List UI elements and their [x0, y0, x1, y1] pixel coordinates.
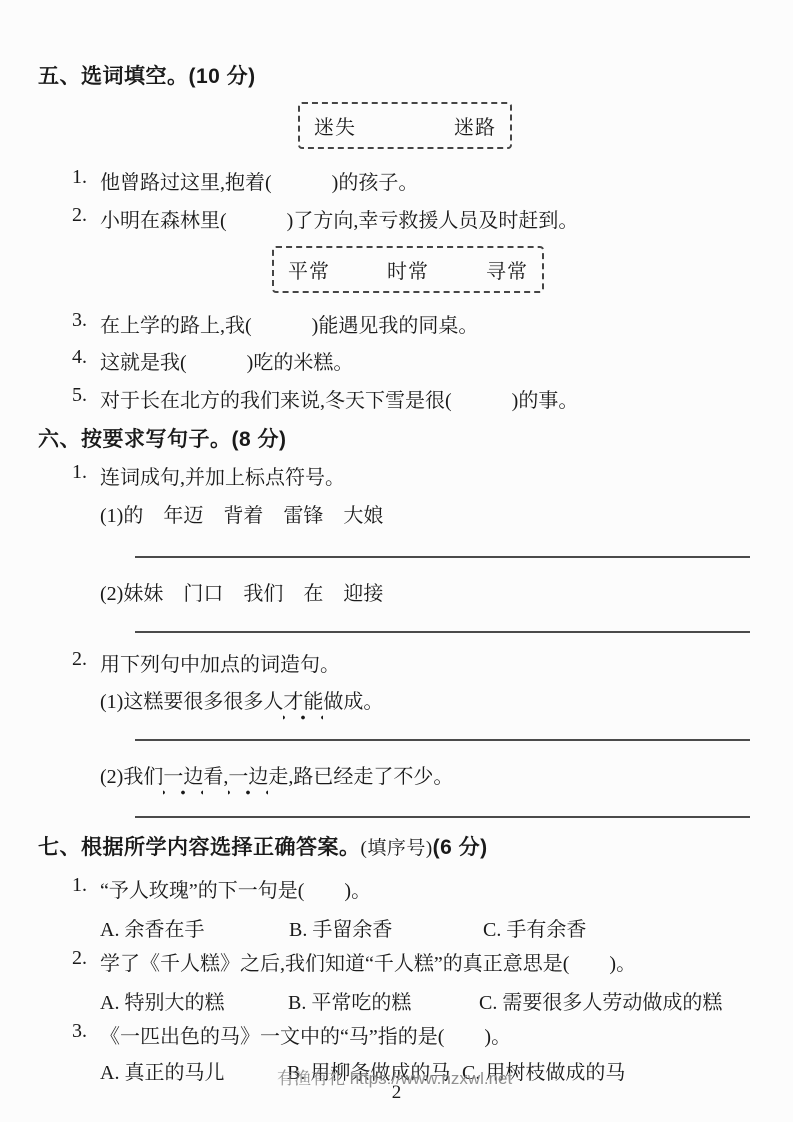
worksheet-page: 五、选词填空。(10 分) 迷失 迷路 1. 他曾路过这里,抱着( )的孩子。 …: [0, 0, 793, 1122]
section-5-heading: 五、选词填空。(10 分): [38, 60, 256, 90]
answer-line: [135, 739, 750, 741]
word-list-line: (2)妹妹 门口 我们 在 迎接: [100, 577, 383, 606]
section-7-heading: 七、根据所学内容选择正确答案。(填序号)(6 分): [38, 831, 488, 861]
word-bank-box-1: 迷失 迷路: [298, 102, 512, 149]
sentence-part: 走,路已经走了不少。: [268, 766, 453, 788]
question-text: 用下列句中加点的词造句。: [100, 648, 340, 677]
question-number: 2.: [72, 947, 100, 976]
word-bank-word: 寻常: [486, 255, 528, 284]
question-row: 1. 连词成句,并加上标点符号。: [72, 461, 345, 490]
question-text: 《一匹出色的马》一文中的“马”指的是( )。: [100, 1020, 511, 1049]
question-row: 3. 《一匹出色的马》一文中的“马”指的是( )。: [72, 1020, 511, 1049]
option-a: A. 真正的马儿: [100, 1056, 224, 1085]
emphasized-word: 才能: [283, 691, 323, 713]
section-6-heading: 六、按要求写句子。(8 分): [38, 423, 287, 453]
option-a: A. 余香在手: [100, 913, 204, 942]
question-row: 1. “予人玫瑰”的下一句是( )。: [72, 874, 371, 903]
question-number: 1.: [72, 874, 100, 903]
question-text: 对于长在北方的我们来说,冬天下雪是很( )的事。: [100, 384, 578, 413]
question-number: 3.: [72, 309, 100, 338]
question-number: 2.: [72, 648, 100, 677]
question-row: 5. 对于长在北方的我们来说,冬天下雪是很( )的事。: [72, 384, 578, 413]
word-bank-word: 迷路: [454, 111, 496, 140]
question-row: 2. 学了《千人糕》之后,我们知道“千人糕”的真正意思是( )。: [72, 947, 636, 976]
sentence-part: (1)这糕要很多很多人: [100, 691, 283, 713]
word-bank-word: 平常: [288, 255, 330, 284]
question-row: 1. 他曾路过这里,抱着( )的孩子。: [72, 166, 418, 195]
sentence-part: 做成。: [323, 691, 383, 713]
options-row: A. 余香在手 B. 手留余香 C. 手有余香: [0, 913, 793, 941]
question-number: 5.: [72, 384, 100, 413]
options-row: A. 特别大的糕 B. 平常吃的糕 C. 需要很多人劳动做成的糕: [0, 986, 793, 1014]
word-bank-word: 时常: [387, 255, 429, 284]
answer-line: [135, 556, 750, 558]
example-sentence: (2)我们一边看,一边走,路已经走了不少。: [100, 760, 453, 789]
section-7-heading-score: (6 分): [433, 836, 488, 859]
sentence-part: (2)我们: [100, 766, 163, 788]
word-bank-box-2: 平常 时常 寻常: [272, 246, 544, 293]
answer-line: [135, 816, 750, 818]
section-7-heading-main: 七、根据所学内容选择正确答案。: [38, 836, 361, 859]
question-number: 4.: [72, 346, 100, 375]
question-text: 在上学的路上,我( )能遇见我的同桌。: [100, 309, 478, 338]
question-number: 2.: [72, 204, 100, 233]
question-row: 2. 用下列句中加点的词造句。: [72, 648, 340, 677]
question-row: 4. 这就是我( )吃的米糕。: [72, 346, 353, 375]
option-b: B. 手留余香: [289, 913, 392, 942]
question-text: “予人玫瑰”的下一句是( )。: [100, 874, 371, 903]
emphasized-word: 一边: [163, 766, 203, 788]
question-text: 小明在森林里( )了方向,幸亏救援人员及时赶到。: [100, 204, 578, 233]
sentence-part: 看,: [203, 766, 228, 788]
word-list-line: (1)的 年迈 背着 雷锋 大娘: [100, 499, 383, 528]
example-sentence: (1)这糕要很多很多人才能做成。: [100, 685, 383, 714]
answer-line: [135, 631, 750, 633]
question-text: 连词成句,并加上标点符号。: [100, 461, 345, 490]
question-number: 1.: [72, 461, 100, 490]
option-c: C. 需要很多人劳动做成的糕: [479, 986, 722, 1015]
question-text: 他曾路过这里,抱着( )的孩子。: [100, 166, 418, 195]
question-number: 1.: [72, 166, 100, 195]
section-7-heading-note: (填序号): [361, 838, 433, 859]
question-row: 3. 在上学的路上,我( )能遇见我的同桌。: [72, 309, 478, 338]
question-text: 学了《千人糕》之后,我们知道“千人糕”的真正意思是( )。: [100, 947, 636, 976]
question-number: 3.: [72, 1020, 100, 1049]
question-text: 这就是我( )吃的米糕。: [100, 346, 353, 375]
option-c: C. 手有余香: [483, 913, 586, 942]
word-bank-word: 迷失: [314, 111, 356, 140]
option-a: A. 特别大的糕: [100, 986, 224, 1015]
question-row: 2. 小明在森林里( )了方向,幸亏救援人员及时赶到。: [72, 204, 578, 233]
option-b: B. 平常吃的糕: [288, 986, 411, 1015]
page-number: 2: [0, 1082, 793, 1104]
emphasized-word: 一边: [228, 766, 268, 788]
